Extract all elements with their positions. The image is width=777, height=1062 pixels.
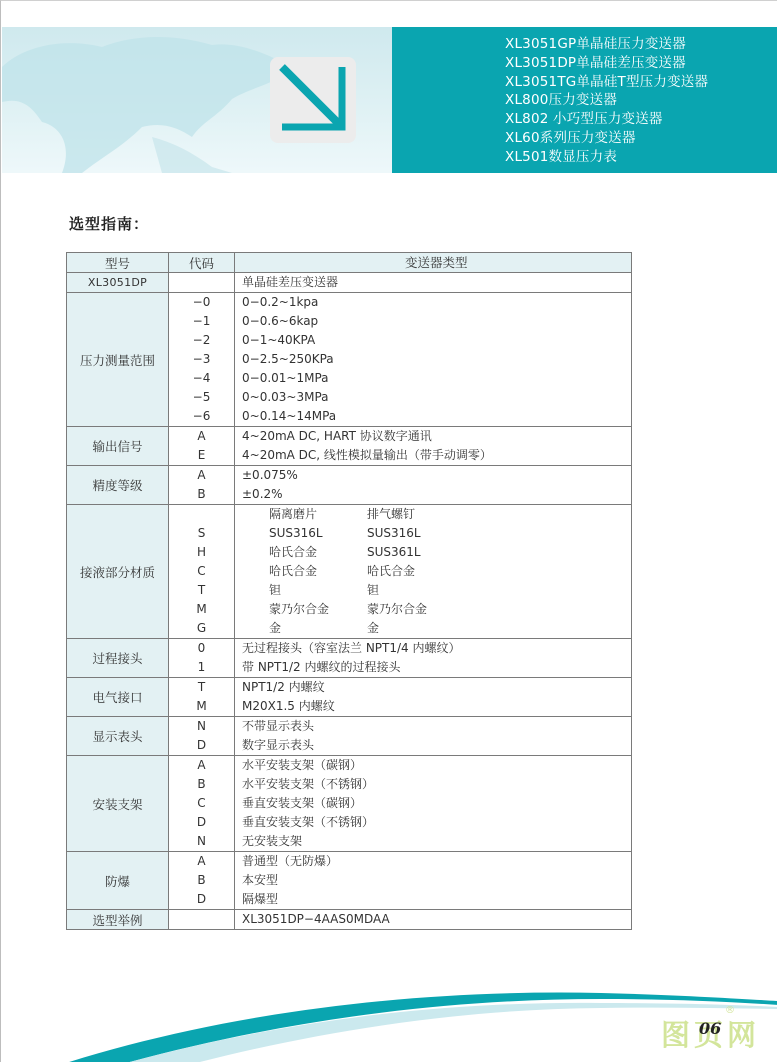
- table-row-example: 选型举例 XL3051DP−4AAS0MDAA: [67, 910, 632, 930]
- vent-screw-material: SUS361L: [367, 543, 421, 562]
- table-header-row: 型号 代码 变送器类型: [67, 253, 632, 273]
- value: 4~20mA DC, HART 协议数字通讯: [242, 427, 631, 446]
- code: −3: [169, 350, 234, 369]
- group-label: 输出信号: [67, 427, 169, 466]
- group-label: 接液部分材质: [67, 505, 169, 639]
- product-list: XL3051GP单晶硅压力变送器 XL3051DP单晶硅差压变送器 XL3051…: [505, 35, 708, 167]
- material-row: 哈氏合金哈氏合金: [242, 562, 631, 581]
- code: S: [169, 524, 234, 543]
- page-number: 06: [699, 1019, 721, 1038]
- code: A: [169, 756, 234, 775]
- table-row-electrical: 电气接口 T M NPT1/2 内螺纹 M20X1.5 内螺纹: [67, 678, 632, 717]
- vent-screw-material: SUS316L: [367, 524, 421, 543]
- value: ±0.2%: [242, 485, 631, 504]
- value: 0−0.01~1MPa: [242, 369, 631, 388]
- material-row: 金金: [242, 619, 631, 638]
- value: 0~0.03~3MPa: [242, 388, 631, 407]
- group-label: 电气接口: [67, 678, 169, 717]
- example-code: [169, 910, 235, 930]
- code: T: [169, 678, 234, 697]
- code: −4: [169, 369, 234, 388]
- arrow-down-right-icon: [270, 57, 356, 143]
- code: E: [169, 446, 234, 465]
- vent-screw-material: 金: [367, 619, 379, 638]
- code: −1: [169, 312, 234, 331]
- code: C: [169, 562, 234, 581]
- code: D: [169, 813, 234, 832]
- model-label: XL3051DP: [67, 273, 169, 293]
- value: 0~0.14~14MPa: [242, 407, 631, 426]
- code: C: [169, 794, 234, 813]
- product-item: XL800压力变送器: [505, 91, 708, 110]
- group-label: 安装支架: [67, 756, 169, 852]
- code: 1: [169, 658, 234, 677]
- group-label: 精度等级: [67, 466, 169, 505]
- table-row-model: XL3051DP 单晶硅差压变送器: [67, 273, 632, 293]
- diaphragm-material: 哈氏合金: [242, 543, 367, 562]
- model-code: [169, 273, 235, 293]
- vent-screw-material: 钽: [367, 581, 379, 600]
- code: G: [169, 619, 234, 638]
- code: −0: [169, 293, 234, 312]
- material-row: SUS316LSUS316L: [242, 524, 631, 543]
- selection-guide-table: 型号 代码 变送器类型 XL3051DP 单晶硅差压变送器 压力测量范围 −0 …: [66, 252, 632, 930]
- group-label: 显示表头: [67, 717, 169, 756]
- value: 数字显示表头: [242, 736, 631, 755]
- header-model: 型号: [67, 253, 169, 273]
- code: −5: [169, 388, 234, 407]
- value: 隔爆型: [242, 890, 631, 909]
- header-code: 代码: [169, 253, 235, 273]
- product-item: XL802 小巧型压力变送器: [505, 110, 708, 129]
- material-row: 哈氏合金SUS361L: [242, 543, 631, 562]
- product-list-panel: XL3051GP单晶硅压力变送器 XL3051DP单晶硅差压变送器 XL3051…: [392, 27, 777, 173]
- code: A: [169, 852, 234, 871]
- table-row-accuracy: 精度等级 A B ±0.075% ±0.2%: [67, 466, 632, 505]
- group-label: 防爆: [67, 852, 169, 910]
- value: 水平安装支架（碳钢）: [242, 756, 631, 775]
- code: H: [169, 543, 234, 562]
- code: M: [169, 697, 234, 716]
- table-row-bracket: 安装支架 A B C D N 水平安装支架（碳钢） 水平安装支架（不锈钢） 垂直…: [67, 756, 632, 852]
- product-item: XL3051DP单晶硅差压变送器: [505, 54, 708, 73]
- model-value: 单晶硅差压变送器: [242, 273, 631, 292]
- group-label: 压力测量范围: [67, 293, 169, 427]
- registered-mark: ®: [725, 1005, 735, 1016]
- value: NPT1/2 内螺纹: [242, 678, 631, 697]
- table-row-material: 接液部分材质 S H C T M G 隔离磨片排气螺钉 SUS316LSUS31…: [67, 505, 632, 639]
- table-row-output: 输出信号 A E 4~20mA DC, HART 协议数字通讯 4~20mA D…: [67, 427, 632, 466]
- code: D: [169, 890, 234, 909]
- value: 0−0.6~6kap: [242, 312, 631, 331]
- value: 无过程接头（容室法兰 NPT1/4 内螺纹）: [242, 639, 631, 658]
- value: 垂直安装支架（碳钢）: [242, 794, 631, 813]
- product-item: XL60系列压力变送器: [505, 129, 708, 148]
- example-value: XL3051DP−4AAS0MDAA: [242, 910, 631, 929]
- value: 4~20mA DC, 线性模拟量输出（带手动调零）: [242, 446, 631, 465]
- diaphragm-material: 蒙乃尔合金: [242, 600, 367, 619]
- code: B: [169, 775, 234, 794]
- header-type: 变送器类型: [235, 253, 632, 273]
- diaphragm-material: 隔离磨片: [242, 505, 367, 524]
- example-label: 选型举例: [67, 910, 169, 930]
- table-row-range: 压力测量范围 −0 −1 −2 −3 −4 −5 −6 0−0.2~1kpa 0…: [67, 293, 632, 427]
- world-map-banner: [2, 27, 392, 173]
- code: T: [169, 581, 234, 600]
- code: N: [169, 717, 234, 736]
- value: M20X1.5 内螺纹: [242, 697, 631, 716]
- group-label: 过程接头: [67, 639, 169, 678]
- code: D: [169, 736, 234, 755]
- diaphragm-material: 金: [242, 619, 367, 638]
- value: 垂直安装支架（不锈钢）: [242, 813, 631, 832]
- product-item: XL3051TG单晶硅T型压力变送器: [505, 73, 708, 92]
- value: 普通型（无防爆）: [242, 852, 631, 871]
- code: B: [169, 485, 234, 504]
- code: [169, 505, 234, 524]
- product-item: XL3051GP单晶硅压力变送器: [505, 35, 708, 54]
- value: 0−2.5~250KPa: [242, 350, 631, 369]
- diaphragm-material: 哈氏合金: [242, 562, 367, 581]
- catalog-page: XL3051GP单晶硅压力变送器 XL3051DP单晶硅差压变送器 XL3051…: [0, 0, 777, 1062]
- value: 不带显示表头: [242, 717, 631, 736]
- table-row-process-connection: 过程接头 0 1 无过程接头（容室法兰 NPT1/4 内螺纹） 带 NPT1/2…: [67, 639, 632, 678]
- value: 水平安装支架（不锈钢）: [242, 775, 631, 794]
- product-item: XL501数显压力表: [505, 148, 708, 167]
- vent-screw-material: 蒙乃尔合金: [367, 600, 427, 619]
- code: A: [169, 427, 234, 446]
- vent-screw-material: 哈氏合金: [367, 562, 415, 581]
- code: −2: [169, 331, 234, 350]
- value: 0−1~40KPA: [242, 331, 631, 350]
- value: ±0.075%: [242, 466, 631, 485]
- code: N: [169, 832, 234, 851]
- value: 带 NPT1/2 内螺纹的过程接头: [242, 658, 631, 677]
- vent-screw-material: 排气螺钉: [367, 505, 415, 524]
- code: A: [169, 466, 234, 485]
- table-row-display: 显示表头 N D 不带显示表头 数字显示表头: [67, 717, 632, 756]
- value: 本安型: [242, 871, 631, 890]
- material-row: 钽钽: [242, 581, 631, 600]
- code: −6: [169, 407, 234, 426]
- diaphragm-material: SUS316L: [242, 524, 367, 543]
- code: B: [169, 871, 234, 890]
- material-row: 蒙乃尔合金蒙乃尔合金: [242, 600, 631, 619]
- code: M: [169, 600, 234, 619]
- logo-box: [270, 57, 356, 143]
- material-row: 隔离磨片排气螺钉: [242, 505, 631, 524]
- value: 0−0.2~1kpa: [242, 293, 631, 312]
- table-row-explosion-proof: 防爆 A B D 普通型（无防爆） 本安型 隔爆型: [67, 852, 632, 910]
- code: 0: [169, 639, 234, 658]
- value: 无安装支架: [242, 832, 631, 851]
- section-title: 选型指南：: [69, 213, 149, 234]
- diaphragm-material: 钽: [242, 581, 367, 600]
